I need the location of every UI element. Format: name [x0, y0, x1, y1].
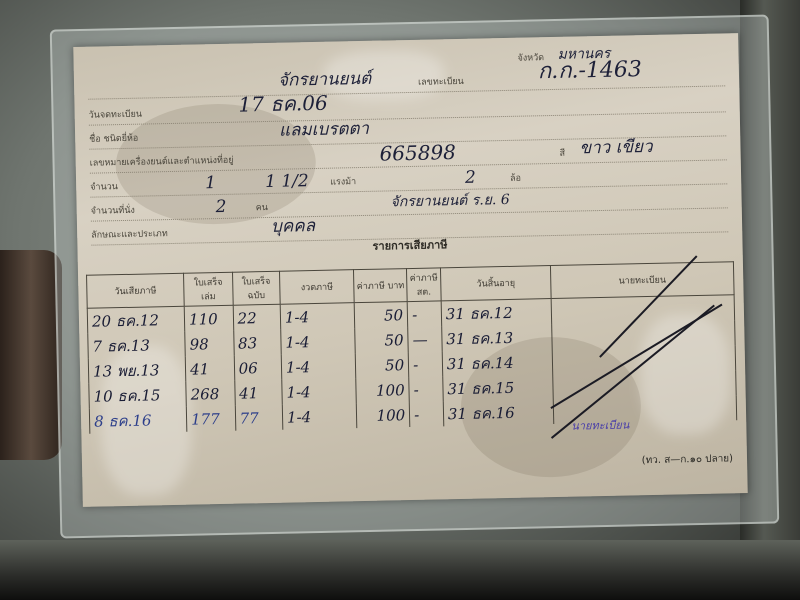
seats-value: 2 — [215, 197, 226, 217]
wheels-label: ล้อ — [510, 171, 521, 185]
column-header: วันสิ้นอายุ — [440, 266, 551, 301]
cell-expiry: 31 ธค.16 — [443, 399, 554, 426]
registrar-note: (ทว. ส—ก.๑๐ ปลาย) — [642, 451, 734, 468]
category-value: จักรยานยนต์ ร.ย. 6 — [390, 189, 510, 213]
cell-registrar — [552, 320, 735, 349]
cell-registrar — [553, 370, 736, 399]
cell-date: 8 ธค.16 — [89, 407, 187, 434]
cell-period: 1-4 — [281, 353, 356, 380]
column-header: ใบเสร็จ ฉบับ — [232, 271, 280, 305]
cell-number: 22 — [233, 304, 281, 330]
wheels-value: 2 — [465, 168, 476, 188]
brand-value: แลมเบรตตา — [279, 115, 369, 144]
cell-satang: - — [409, 376, 443, 402]
color-label: สี — [559, 146, 565, 160]
registration-no-label: เลขทะเบียน — [418, 74, 464, 89]
tax-table: วันเสียภาษีใบเสร็จ เล่มใบเสร็จ ฉบับงวดภา… — [86, 261, 737, 434]
cell-period: 1-4 — [280, 303, 355, 330]
engine-no-label: เลขหมายเครื่องยนต์และตำแหน่งที่อยู่ — [90, 153, 234, 170]
column-header: ค่าภาษี สต. — [407, 268, 441, 302]
horsepower-label: แรงม้า — [330, 174, 356, 189]
cell-date: 10 ธค.15 — [89, 382, 187, 409]
horsepower-value: 1 1/2 — [265, 171, 309, 192]
cell-baht: 50 — [355, 352, 408, 378]
cell-baht: 100 — [356, 377, 409, 403]
cell-satang: — — [408, 326, 442, 352]
cell-book: 177 — [186, 406, 235, 432]
cell-satang: - — [407, 301, 441, 327]
registration-no: ก.ก.-1463 — [537, 51, 642, 88]
background-bottom — [0, 540, 800, 600]
cell-baht: 50 — [354, 302, 407, 329]
cylinders-value: 1 — [205, 173, 216, 193]
metal-latch — [0, 250, 62, 460]
cell-expiry: 31 ธค.15 — [443, 374, 554, 401]
cell-book: 98 — [185, 331, 234, 357]
cell-number: 41 — [234, 380, 282, 406]
cell-book: 110 — [184, 305, 233, 332]
column-header: งวดภาษี — [279, 270, 354, 305]
cell-book: 268 — [186, 381, 235, 407]
use-type-value: บุคคล — [271, 212, 316, 240]
cell-number: 77 — [235, 405, 283, 431]
cell-date: 20 ธค.12 — [87, 306, 185, 334]
cell-number: 06 — [234, 355, 282, 381]
tax-card: จังหวัด มหานคร จักรยานยนต์ เลขทะเบียน ก.… — [73, 33, 747, 507]
cell-expiry: 31 ธค.12 — [441, 299, 552, 327]
seats-label: จำนวนที่นั่ง — [91, 203, 135, 218]
column-header: นายทะเบียน — [551, 262, 735, 299]
cylinders-label: จำนวน — [90, 179, 118, 194]
brand-label: ชื่อ ชนิดยี่ห้อ — [89, 131, 138, 146]
cell-date: 13 พย.13 — [88, 357, 186, 384]
cell-number: 83 — [233, 330, 281, 356]
use-type-label: ลักษณะและประเภท — [91, 226, 168, 242]
cell-book: 41 — [185, 356, 234, 382]
cell-date: 7 ธค.13 — [88, 332, 186, 359]
color-value: ขาว เขียว — [579, 133, 653, 162]
cell-satang: - — [408, 351, 442, 377]
engine-no: 665898 — [379, 140, 456, 166]
cell-period: 1-4 — [281, 328, 356, 355]
registration-date-label: วันจดทะเบียน — [89, 107, 143, 122]
column-header: ค่าภาษี บาท — [354, 269, 408, 303]
cell-satang: - — [409, 401, 443, 427]
seats-unit: คน — [256, 200, 268, 214]
cell-baht: 50 — [355, 327, 408, 353]
cell-period: 1-4 — [282, 403, 357, 430]
cell-period: 1-4 — [282, 378, 357, 405]
cell-baht: 100 — [357, 402, 410, 428]
column-header: ใบเสร็จ เล่ม — [184, 272, 233, 306]
registrar-stamp: นายทะเบียน — [571, 415, 629, 434]
column-header: วันเสียภาษี — [87, 273, 185, 308]
cell-expiry: 31 ธค.14 — [442, 349, 553, 376]
cell-expiry: 31 ธค.13 — [442, 324, 553, 351]
